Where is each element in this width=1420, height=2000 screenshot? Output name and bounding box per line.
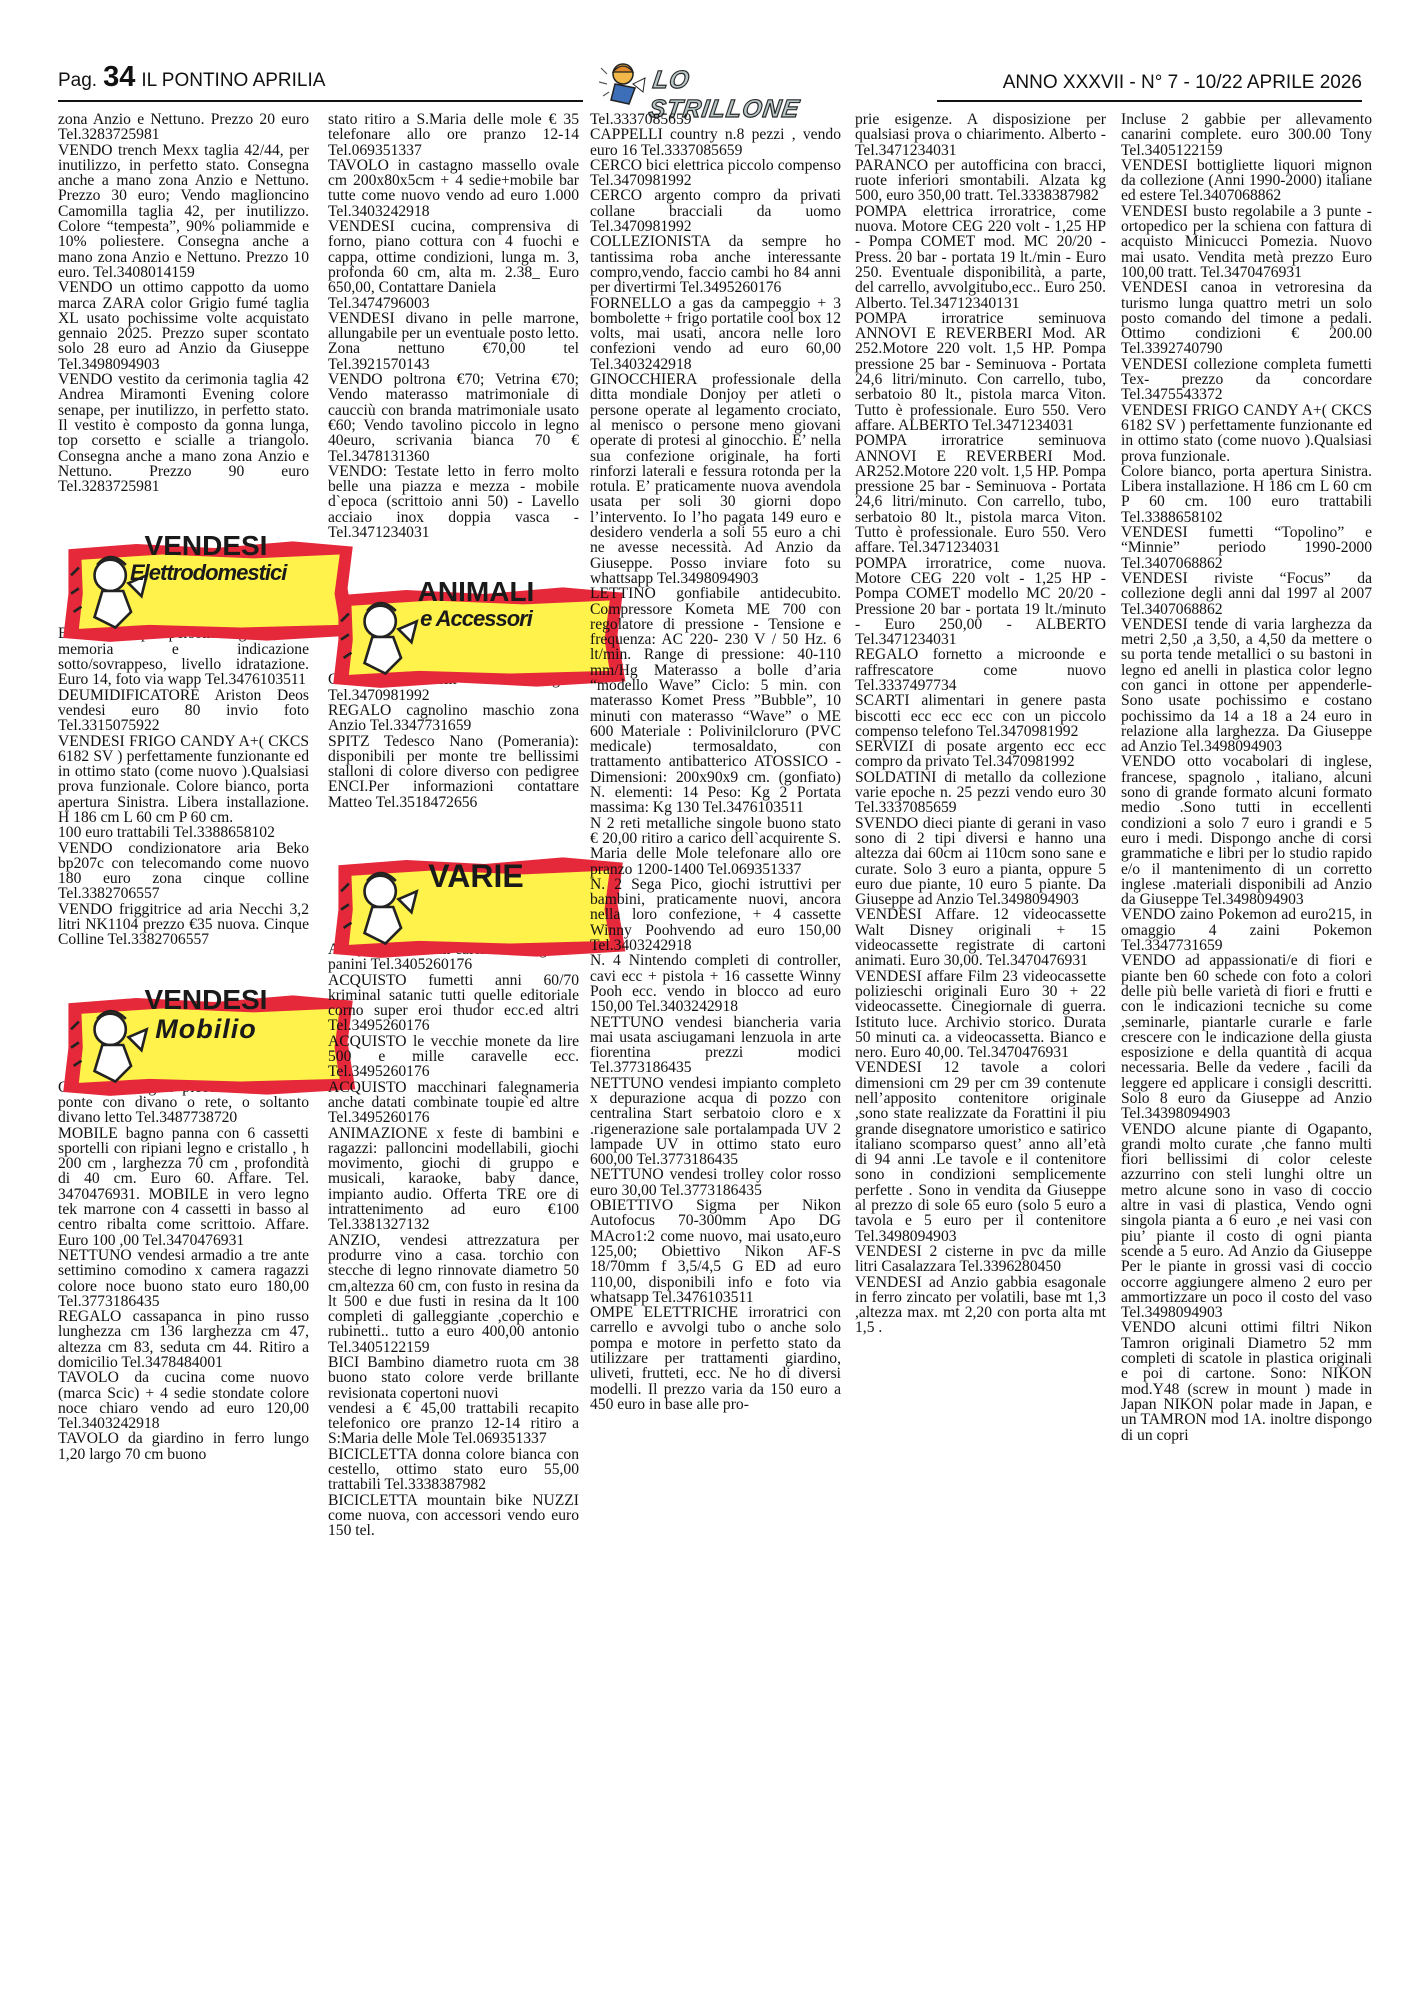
column-1: zona Anzio e Nettuno. Prezzo 20 euro Tel… [58, 112, 309, 1462]
banner-title: VENDESI [130, 986, 282, 1014]
classified-ad: VENDO otto vocabolari di inglese, france… [1121, 754, 1372, 907]
banner-subtitle: Mobilio [130, 1016, 282, 1043]
classified-ad: SVENDO dieci piante di gerani in vaso so… [855, 816, 1106, 908]
classified-ad: VENDESI bottigliette liquori mignon da c… [1121, 158, 1372, 204]
section-banner-elettrodomestici: VENDESI Elettrodomestici [58, 516, 288, 600]
header-rule-left [58, 100, 583, 102]
classified-ad: VENDESI 2 cisterne in pvc da mille litri… [855, 1244, 1106, 1275]
classified-ad: VENDO alcuni ottimi filtri Nikon Tamron … [1121, 1320, 1372, 1442]
classified-ad: POMPA irroratrice seminuova ANNOVI E REV… [855, 433, 1106, 555]
classified-ad: ANIMAZIONE x feste di bambini e ragazzi:… [328, 1126, 579, 1233]
classified-ad: Incluse 2 gabbie per allevamento canarin… [1121, 112, 1372, 158]
classified-ad: VENDESI FRIGO CANDY A+( CKCS 6182 SV ) p… [1121, 403, 1372, 464]
page-header: Pag.34IL PONTINO APRILIA LO STRILLONE AN… [58, 62, 1362, 102]
banner-title: VENDESI [130, 532, 282, 560]
classified-ad: VENDESI 12 tavole a colori dimensioni cm… [855, 1060, 1106, 1244]
newsboy-mascot-icon [599, 60, 647, 106]
classified-ad: DEUMIDIFICATORE Ariston Deos vendesi eur… [58, 688, 309, 734]
classified-ad: VENDO condizionatore aria Beko bp207c co… [58, 841, 309, 902]
classified-ad: ACQUISTO macchinari falegnameria anche d… [328, 1080, 579, 1126]
classified-ad: POMPA irroratrice seminuova ANNOVI E REV… [855, 311, 1106, 433]
classified-ad: CAPPELLI country n.8 pezzi , vendo euro … [590, 127, 841, 158]
column-5: Incluse 2 gabbie per allevamento canarin… [1121, 112, 1372, 1443]
classified-ad: NETTUNO vendesi armadio a tre ante setti… [58, 1248, 309, 1309]
classified-ad: VENDO zaino Pokemon ad euro215, in omagg… [1121, 907, 1372, 953]
classified-ad: VENDO un ottimo cappotto da uomo marca Z… [58, 280, 309, 372]
classified-ad: BICICLETTA donna colore bianca con ceste… [328, 1447, 579, 1493]
classified-ad: TAVOLO in castagno massello ovale cm 200… [328, 158, 579, 219]
classified-ad: VENDESI divano in pelle marrone, allunga… [328, 311, 579, 372]
classified-ad: POMPA irroratrice, come nuova. Motore CE… [855, 556, 1106, 648]
classified-ad: N 2 reti metalliche singole buono stato … [590, 816, 841, 877]
ad-list-varie-col3: Tel.3337085659CAPPELLI country n.8 pezzi… [590, 112, 841, 1412]
classified-ad: SERVIZI di posate argento ecc ecc compro… [855, 739, 1106, 770]
classified-ad: MOBILE bagno panna con 6 cassetti sporte… [58, 1126, 309, 1248]
classified-ad: VENDO vestito da cerimonia taglia 42 And… [58, 372, 309, 494]
publication-name: IL PONTINO APRILIA [141, 70, 325, 91]
classified-ad: SCARTI alimentari in genere pasta biscot… [855, 693, 1106, 739]
classified-ad: VENDESI collezione completa fumetti Tex-… [1121, 357, 1372, 403]
classified-ad: Colore bianco, porta apertura Sinistra. … [1121, 464, 1372, 525]
classified-ad: VENDESI busto regolabile a 3 punte - ort… [1121, 204, 1372, 280]
classified-ad: SPITZ Tedesco Nano (Pomerania): disponib… [328, 734, 579, 810]
column-3: Tel.3337085659CAPPELLI country n.8 pezzi… [590, 112, 841, 1412]
classified-ad: BICICLETTA mountain bike NUZZI come nuov… [328, 1493, 579, 1539]
classified-ad: N. 4 Nintendo completi di controller, ca… [590, 953, 841, 1014]
classified-ad: N. 2 Sega Pico, giochi istruttivi per ba… [590, 877, 841, 953]
issue-info: ANNO XXXVII - N° 7 - 10/22 APRILE 2026 [1003, 72, 1362, 94]
classified-ad: NETTUNO vendesi biancheria varia mai usa… [590, 1015, 841, 1076]
classified-ad: VENDESI affare Film 23 videocassette pol… [855, 969, 1106, 1061]
classified-ad: REGALO cassapanca in pino russo lunghezz… [58, 1309, 309, 1370]
classified-ad: VENDO trench Mexx taglia 42/44, per inut… [58, 143, 309, 281]
classified-ad: REGALO fornetto a microonde e raffrescat… [855, 647, 1106, 693]
ad-list-varie-col4: prie esigenze. A disposizione per qualsi… [855, 112, 1106, 1336]
classified-ad: SOLDATINI di metallo da collezione varie… [855, 770, 1106, 816]
banner-title: VARIE [400, 860, 552, 892]
classified-ad: COLLEZIONISTA da sempre ho tantissima ro… [590, 234, 841, 295]
classified-ad: zona Anzio e Nettuno. Prezzo 20 euro Tel… [58, 112, 309, 143]
page-prefix: Pag. [58, 70, 97, 91]
ad-list-abbigliamento: zona Anzio e Nettuno. Prezzo 20 euro Tel… [58, 112, 309, 494]
ad-list-mobilio: CERCO in regalo piccola cameretta a pont… [58, 1080, 309, 1462]
classified-ad: VENDESI FRIGO CANDY A+( CKCS 6182 SV ) p… [58, 734, 309, 826]
ad-list-elettrodomestici: BILANCIA pesapersona digitale, con memor… [58, 626, 309, 947]
classified-ad: PARANCO per autofficina con bracci, ruot… [855, 158, 1106, 204]
classified-ad: VENDO poltrona €70; Vetrina €70; Vendo m… [328, 372, 579, 464]
classified-ad: LETTINO gonfiabile antidecubito. Compres… [590, 586, 841, 815]
classified-ad: Tel.3337085659 [590, 112, 841, 127]
banner-subtitle: e Accessori [400, 608, 552, 630]
classified-ad: VENDO alcune piante di Ogapanto, grandi … [1121, 1122, 1372, 1321]
column-4: prie esigenze. A disposizione per qualsi… [855, 112, 1106, 1336]
classified-ad: ANZIO, vendesi attrezzatura per produrre… [328, 1233, 579, 1355]
classified-ad: VENDESI cucina, comprensiva di forno, pi… [328, 219, 579, 295]
classified-ad: VENDESI Affare. 12 videocassette Walt Di… [855, 907, 1106, 968]
classified-ad: NETTUNO vendesi trolley color rosso euro… [590, 1167, 841, 1198]
ad-list-varie-col5: Incluse 2 gabbie per allevamento canarin… [1121, 112, 1372, 1443]
classified-ad: CERCO argento compro da privati collane … [590, 188, 841, 234]
classified-ad: stato ritiro a S.Maria delle mole € 35 t… [328, 112, 579, 158]
classified-ad: NETTUNO vendesi impianto completo x depu… [590, 1076, 841, 1168]
lo-strillone-logo: LO STRILLONE [593, 56, 838, 108]
column-2: stato ritiro a S.Maria delle mole € 35 t… [328, 112, 579, 1539]
classified-ad: VENDESI tende di varia larghezza da metr… [1121, 617, 1372, 755]
classifieds-columns: zona Anzio e Nettuno. Prezzo 20 euro Tel… [58, 112, 1363, 1992]
ad-list-varie: ACQUISTO album calciatori e figurine pan… [328, 942, 579, 1539]
classified-ad: ACQUISTO le vecchie monete da lire 500 e… [328, 1034, 579, 1080]
classified-ad: OMPE ELETTRICHE irroratrici con carrello… [590, 1305, 841, 1412]
page-number: 34 [103, 61, 135, 93]
classified-ad: TAVOLO da giardino in ferro lungo 1,20 l… [58, 1431, 309, 1462]
section-banner-varie: VARIE [328, 832, 558, 916]
banner-subtitle: Elettrodomestici [130, 562, 282, 584]
classified-ad: prie esigenze. A disposizione per qualsi… [855, 112, 1106, 158]
classified-ad: VENDO ad appassionati/e di fiori e piant… [1121, 953, 1372, 1121]
section-banner-mobilio: VENDESI Mobilio [58, 970, 288, 1054]
page-header-left: Pag.34IL PONTINO APRILIA [58, 61, 325, 94]
banner-background-icon [328, 832, 628, 982]
header-rule-right [937, 100, 1362, 102]
classified-ad: VENDESI ad Anzio gabbia esagonale in fer… [855, 1275, 1106, 1336]
classified-ad: OBIETTIVO Sigma per Nikon Autofocus 70-3… [590, 1198, 841, 1305]
classified-ad: 100 euro trattabili Tel.3388658102 [58, 825, 309, 840]
banner-title: ANIMALI [400, 578, 552, 606]
ad-list-mobilio-cont: stato ritiro a S.Maria delle mole € 35 t… [328, 112, 579, 540]
classified-ad: VENDESI riviste “Focus” da collezione de… [1121, 571, 1372, 617]
classified-ad: vendesi a € 45,00 trattabili recapito te… [328, 1401, 579, 1447]
classified-ad: BICI Bambino diametro ruota cm 38 buono … [328, 1355, 579, 1401]
section-banner-animali: ANIMALI e Accessori [328, 562, 558, 646]
classified-ad: VENDO: Testate letto in ferro molto bell… [328, 464, 579, 540]
classified-ad: FORNELLO a gas da campeggio + 3 bombolet… [590, 296, 841, 372]
classified-ad: Tel.3474796003 [328, 296, 579, 311]
classified-ad: TAVOLO da cucina come nuovo (marca Scic)… [58, 1370, 309, 1431]
classified-ad: VENDESI canoa in vetroresina da turismo … [1121, 280, 1372, 356]
classified-ad: POMPA elettrica irroratrice, come nuova.… [855, 204, 1106, 311]
classified-ad: VENDESI fumetti “Topolino” e “Minnie” pe… [1121, 525, 1372, 571]
classified-ad: VENDO friggitrice ad aria Necchi 3,2 lit… [58, 902, 309, 948]
classified-ad: CERCO bici elettrica piccolo compenso Te… [590, 158, 841, 189]
classified-ad: GINOCCHIERA professionale della ditta mo… [590, 372, 841, 586]
